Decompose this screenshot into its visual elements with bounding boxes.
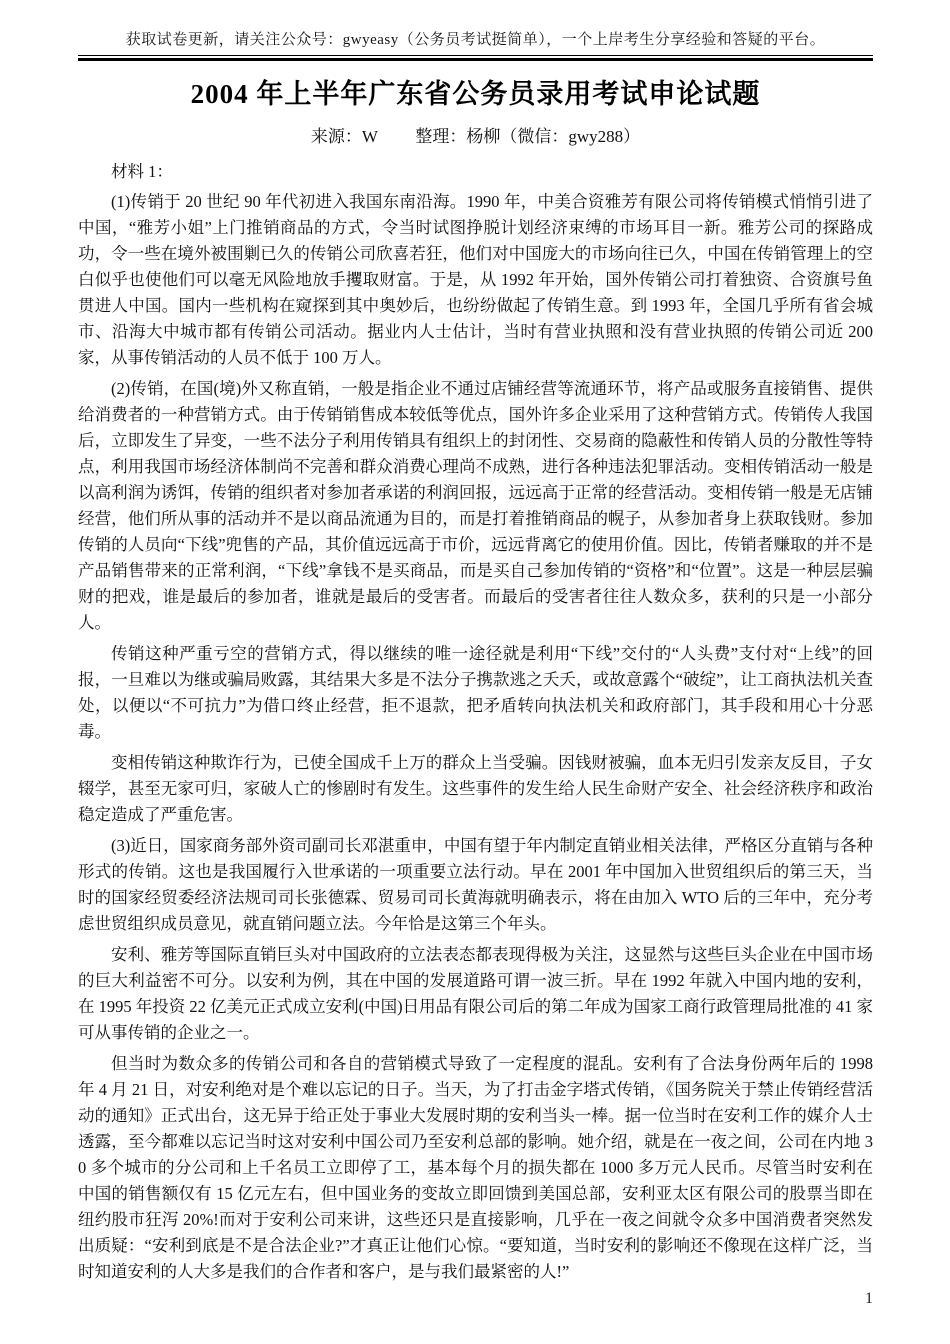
header-rule-double — [78, 55, 873, 61]
header-rule-thin-line — [78, 55, 873, 56]
source-line: 来源：W整理：杨柳（微信：gwy288） — [78, 122, 873, 147]
document-title: 2004 年上半年广东省公务员录用考试申论试题 — [78, 77, 873, 111]
page-header: 获取试卷更新，请关注公众号：gwyeasy（公务员考试挺简单），一个上岸考生分享… — [78, 30, 873, 61]
header-notice-text: 获取试卷更新，请关注公众号：gwyeasy（公务员考试挺简单），一个上岸考生分享… — [78, 30, 873, 50]
source-label: 来源：W — [311, 127, 378, 146]
material-body: (1)传销于 20 世纪 90 年代初进入我国东南沿海。1990 年，中美合资雅… — [78, 189, 873, 1285]
material-paragraph-2: (2)传销，在国(境)外又称直销，一般是指企业不通过店铺经营等流通环节，将产品或… — [78, 376, 873, 636]
material-paragraph-7: 但当时为数众多的传销公司和各自的营销模式导致了一定程度的混乱。安利有了合法身份两… — [78, 1051, 873, 1285]
page-number: 1 — [865, 1290, 873, 1308]
material-paragraph-4: 变相传销这种欺诈行为，已使全国成千上万的群众上当受骗。因钱财被骗，血本无归引发亲… — [78, 750, 873, 828]
editor-label: 整理：杨柳（微信：gwy288） — [415, 127, 640, 146]
material-section-label: 材料 1： — [78, 160, 873, 184]
material-paragraph-3: 传销这种严重亏空的营销方式，得以继续的唯一途径就是利用“下线”交付的“人头费”支… — [78, 641, 873, 745]
document-page: 获取试卷更新，请关注公众号：gwyeasy（公务员考试挺简单），一个上岸考生分享… — [0, 0, 950, 1344]
material-paragraph-1: (1)传销于 20 世纪 90 年代初进入我国东南沿海。1990 年，中美合资雅… — [78, 189, 873, 371]
material-paragraph-5: (3)近日，国家商务部外资司副司长邓湛重申，中国有望于年内制定直销业相关法律，严… — [78, 833, 873, 937]
header-rule-thick-line — [78, 58, 873, 61]
material-paragraph-6: 安利、雅芳等国际直销巨头对中国政府的立法表态都表现得极为关注，这显然与这些巨头企… — [78, 942, 873, 1046]
